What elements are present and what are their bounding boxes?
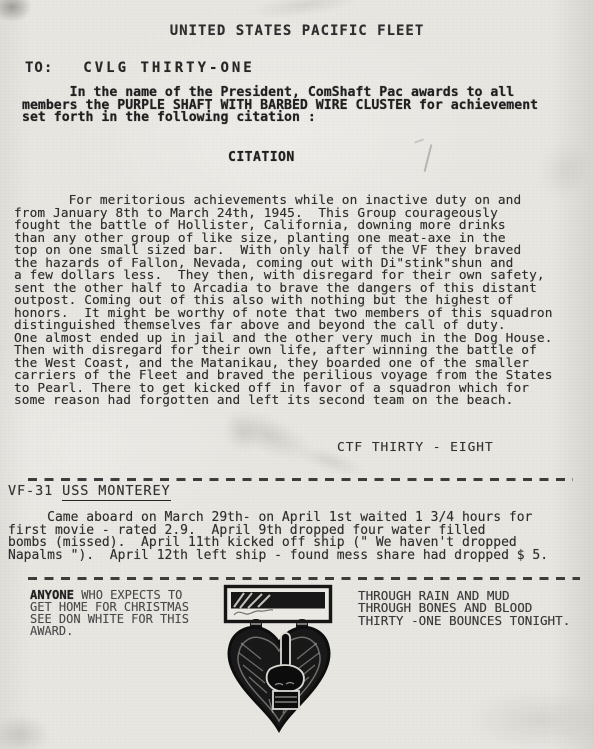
squadron-unit: VF-31 [8,483,62,499]
award-intro-paragraph: In the name of the President, ComShaft P… [22,87,538,125]
pencil-mark [414,138,424,143]
dashed-divider [28,478,573,481]
paper-stain [249,0,361,24]
dashed-divider [28,577,580,580]
document-title: UNITED STATES PACIFIC FLEET [0,23,594,39]
citation-heading: CITATION [228,150,295,165]
cruise-log-paragraph: Came aboard on March 29th- on April 1st … [8,512,548,562]
paper-smudge [208,400,274,468]
medal-ribbon-bar [226,587,331,622]
paper-stain [0,0,32,22]
addressee-value: CVLG THIRTY-ONE [83,60,254,76]
footer-right-verse: THROUGH RAIN AND MUDTHROUGH BONES AND BL… [358,590,570,627]
scanned-document-page: UNITED STATES PACIFIC FLEET TO:CVLG THIR… [0,0,594,749]
text-line: THIRTY -ONE BOUNCES TONIGHT. [358,615,570,627]
footer-left-rest: GET HOME FOR CHRISTMASSEE DON WHITE FOR … [30,601,189,637]
text-line: Napalms "). April 12th left ship - found… [8,550,548,563]
citation-paragraph: For meritorious achievements while on in… [14,195,553,408]
pencil-mark [424,144,432,172]
medal-heart [229,627,329,730]
text-line: some reason had forgotten and left its s… [14,395,553,408]
paper-stain [0,715,50,749]
squadron-heading: VF-31 USS MONTEREY [8,483,171,499]
purple-shaft-medal-icon [221,581,339,737]
signoff-ctf: CTF THIRTY - EIGHT [337,440,494,455]
squadron-ship-underlined: USS MONTEREY [62,483,170,501]
addressee-line: TO:CVLG THIRTY-ONE [25,57,255,76]
addressee-label: TO: [25,60,53,76]
text-line: AWARD. [30,625,189,637]
footer-left-note: ANYONE WHO EXPECTS TO GET HOME FOR CHRIS… [30,589,189,637]
paper-stain [470,690,594,749]
text-line: set forth in the following citation : [22,112,538,125]
